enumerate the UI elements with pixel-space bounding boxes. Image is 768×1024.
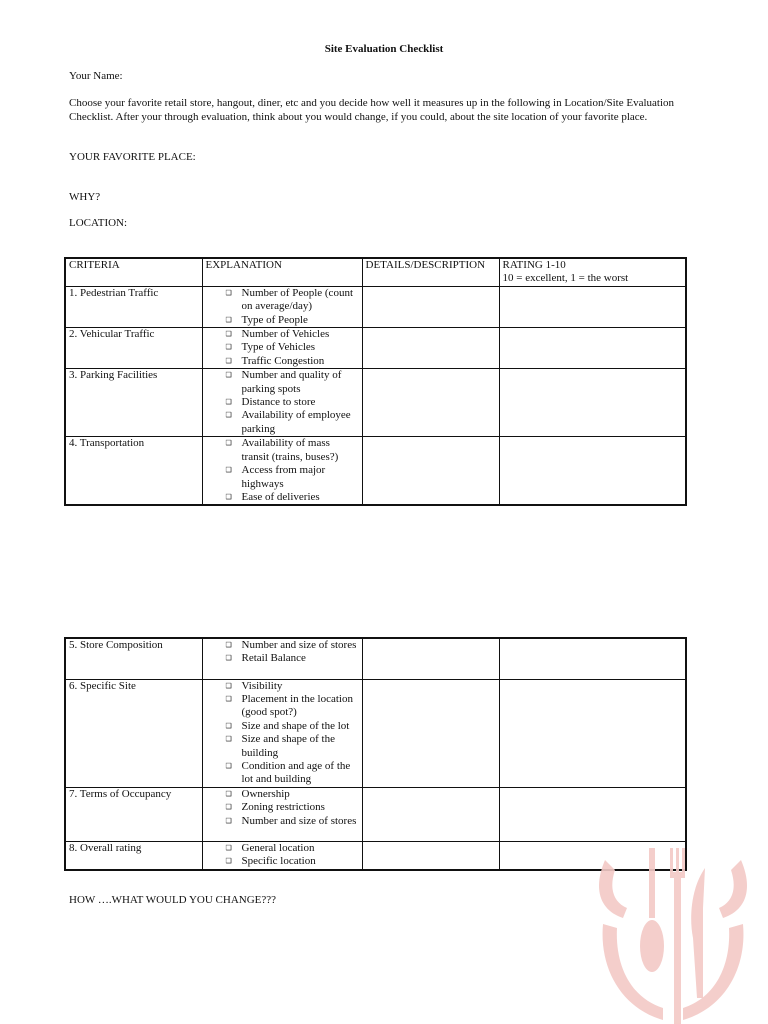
criteria-cell: 4. Transportation <box>65 437 202 506</box>
rating-cell[interactable] <box>499 787 686 841</box>
favorite-place-label: YOUR FAVORITE PLACE: <box>69 151 196 165</box>
header-details: DETAILS/DESCRIPTION <box>362 258 499 286</box>
name-label: Your Name: <box>69 70 123 84</box>
checkbox-bullet-item: Size and shape of the building <box>226 733 359 760</box>
criteria-cell: 2. Vehicular Traffic <box>65 328 202 369</box>
details-cell[interactable] <box>362 638 499 679</box>
explanation-list: Availability of mass transit (trains, bu… <box>206 437 359 504</box>
criteria-cell: 1. Pedestrian Traffic <box>65 286 202 327</box>
criteria-cell: 5. Store Composition <box>65 638 202 679</box>
rating-cell[interactable] <box>499 638 686 679</box>
location-label: LOCATION: <box>69 217 127 231</box>
checkbox-bullet-item: Availability of employee parking <box>226 409 359 436</box>
checkbox-bullet-item: Zoning restrictions <box>226 801 359 814</box>
details-cell[interactable] <box>362 679 499 787</box>
checkbox-bullet-item: Number and quality of parking spots <box>226 369 359 396</box>
checkbox-bullet-item: Placement in the location (good spot?) <box>226 693 359 720</box>
criteria-cell: 3. Parking Facilities <box>65 369 202 437</box>
checkbox-bullet-item: Traffic Congestion <box>226 355 359 368</box>
checkbox-bullet-item: Type of Vehicles <box>226 341 359 354</box>
criteria-cell: 6. Specific Site <box>65 679 202 787</box>
table-row: 4. TransportationAvailability of mass tr… <box>65 437 686 506</box>
explanation-list: Number of VehiclesType of VehiclesTraffi… <box>206 328 359 368</box>
table-row: 5. Store CompositionNumber and size of s… <box>65 638 686 679</box>
checkbox-bullet-item: Ownership <box>226 788 359 801</box>
rating-cell[interactable] <box>499 437 686 506</box>
details-cell[interactable] <box>362 787 499 841</box>
explanation-cell: Number and quality of parking spotsDista… <box>202 369 362 437</box>
criteria-cell: 8. Overall rating <box>65 841 202 869</box>
table-row: 3. Parking FacilitiesNumber and quality … <box>65 369 686 437</box>
explanation-list: OwnershipZoning restrictionsNumber and s… <box>206 788 359 828</box>
document-title: Site Evaluation Checklist <box>0 43 768 55</box>
checkbox-bullet-item: Type of People <box>226 314 359 327</box>
explanation-cell: Number and size of storesRetail Balance <box>202 638 362 679</box>
rating-cell[interactable] <box>499 679 686 787</box>
checklist-table-part-2: 5. Store CompositionNumber and size of s… <box>64 637 687 871</box>
checkbox-bullet-item: Size and shape of the lot <box>226 720 359 733</box>
explanation-cell: Availability of mass transit (trains, bu… <box>202 437 362 506</box>
explanation-list: General locationSpecific location <box>206 842 359 869</box>
details-cell[interactable] <box>362 437 499 506</box>
fork-spoon-knife-logo-icon <box>593 848 753 1024</box>
table-row: 7. Terms of OccupancyOwnershipZoning res… <box>65 787 686 841</box>
checkbox-bullet-item: Specific location <box>226 855 359 868</box>
explanation-cell: OwnershipZoning restrictionsNumber and s… <box>202 787 362 841</box>
instructions-paragraph: Choose your favorite retail store, hango… <box>69 97 679 124</box>
table-row: 1. Pedestrian TrafficNumber of People (c… <box>65 286 686 327</box>
explanation-cell: VisibilityPlacement in the location (goo… <box>202 679 362 787</box>
checkbox-bullet-item: Distance to store <box>226 396 359 409</box>
checkbox-bullet-item: Retail Balance <box>226 652 359 665</box>
checkbox-bullet-item: Number and size of stores <box>226 639 359 652</box>
checkbox-bullet-item: Number of Vehicles <box>226 328 359 341</box>
table-row: 6. Specific SiteVisibilityPlacement in t… <box>65 679 686 787</box>
explanation-list: Number of People (count on average/day)T… <box>206 287 359 327</box>
explanation-list: Number and size of storesRetail Balance <box>206 639 359 666</box>
header-rating: RATING 1-10 10 = excellent, 1 = the wors… <box>499 258 686 286</box>
header-explanation: EXPLANATION <box>202 258 362 286</box>
details-cell[interactable] <box>362 369 499 437</box>
checkbox-bullet-item: Access from major highways <box>226 464 359 491</box>
details-cell[interactable] <box>362 286 499 327</box>
explanation-cell: Number of People (count on average/day)T… <box>202 286 362 327</box>
checkbox-bullet-item: Visibility <box>226 680 359 693</box>
explanation-cell: General locationSpecific location <box>202 841 362 869</box>
checkbox-bullet-item: Ease of deliveries <box>226 491 359 504</box>
criteria-cell: 7. Terms of Occupancy <box>65 787 202 841</box>
details-cell[interactable] <box>362 328 499 369</box>
checkbox-bullet-item: Availability of mass transit (trains, bu… <box>226 437 359 464</box>
table-row: 2. Vehicular TrafficNumber of VehiclesTy… <box>65 328 686 369</box>
explanation-cell: Number of VehiclesType of VehiclesTraffi… <box>202 328 362 369</box>
header-criteria: CRITERIA <box>65 258 202 286</box>
why-label: WHY? <box>69 191 100 205</box>
closing-prompt: HOW ….WHAT WOULD YOU CHANGE??? <box>69 894 276 908</box>
header-rating-title: RATING 1-10 <box>503 259 683 272</box>
rating-cell[interactable] <box>499 286 686 327</box>
table-body-part-2: 5. Store CompositionNumber and size of s… <box>65 638 686 870</box>
details-cell[interactable] <box>362 841 499 869</box>
rating-cell[interactable] <box>499 369 686 437</box>
table-body-part-1: 1. Pedestrian TrafficNumber of People (c… <box>65 286 686 505</box>
rating-cell[interactable] <box>499 328 686 369</box>
explanation-list: Number and quality of parking spotsDista… <box>206 369 359 436</box>
checkbox-bullet-item: Number of People (count on average/day) <box>226 287 359 314</box>
checkbox-bullet-item: Number and size of stores <box>226 815 359 828</box>
checkbox-bullet-item: Condition and age of the lot and buildin… <box>226 760 359 787</box>
checklist-table-part-1: CRITERIA EXPLANATION DETAILS/DESCRIPTION… <box>64 257 687 506</box>
checkbox-bullet-item: General location <box>226 842 359 855</box>
explanation-list: VisibilityPlacement in the location (goo… <box>206 680 359 787</box>
header-rating-scale: 10 = excellent, 1 = the worst <box>503 272 683 285</box>
table-header-row: CRITERIA EXPLANATION DETAILS/DESCRIPTION… <box>65 258 686 286</box>
